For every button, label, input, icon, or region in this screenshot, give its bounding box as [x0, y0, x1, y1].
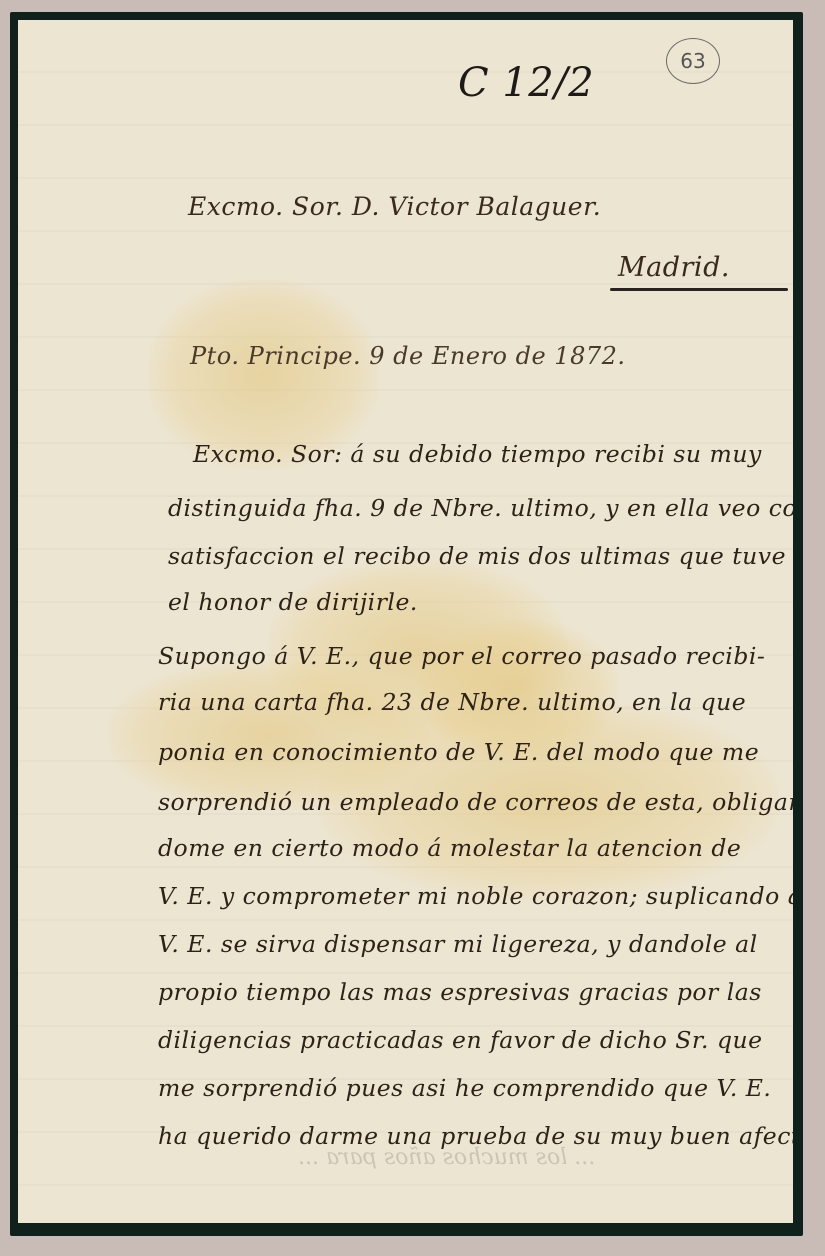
reference-mark: C 12/2 — [458, 60, 594, 106]
body-line: sorprendió un empleado de correos de est… — [158, 788, 793, 816]
body-line: propio tiempo las mas espresivas gracias… — [158, 978, 762, 1006]
mourning-border: ... los muchos años para ... C 12/2 63 E… — [10, 12, 803, 1236]
body-line: V. E. se sirva dispensar mi ligereza, y … — [158, 930, 758, 958]
body-line: Supongo á V. E., que por el correo pasad… — [158, 642, 765, 670]
body-line: Excmo. Sor: á su debido tiempo recibi su… — [193, 440, 762, 468]
city-underline — [610, 288, 788, 291]
body-line: distinguida fha. 9 de Nbre. ultimo, y en… — [168, 494, 793, 522]
body-line: ria una carta fha. 23 de Nbre. ultimo, e… — [158, 688, 746, 716]
body-line: ha querido darme una prueba de su muy bu… — [158, 1122, 793, 1150]
body-line: me sorprendió pues asi he comprendido qu… — [158, 1074, 771, 1102]
dateline: Pto. Principe. 9 de Enero de 1872. — [190, 342, 626, 370]
letter-paper: ... los muchos años para ... C 12/2 63 E… — [18, 20, 793, 1223]
body-line: el honor de dirijirle. — [168, 588, 418, 616]
body-line: satisfaccion el recibo de mis dos ultima… — [168, 542, 786, 570]
archive-number-stamp: 63 — [666, 38, 720, 84]
body-line: ponia en conocimiento de V. E. del modo … — [158, 738, 759, 766]
body-line: dome en cierto modo á molestar la atenci… — [158, 834, 741, 862]
city: Madrid. — [618, 252, 730, 283]
addressee: Excmo. Sor. D. Victor Balaguer. — [188, 192, 601, 221]
body-line: diligencias practicadas en favor de dich… — [158, 1026, 763, 1054]
body-line: V. E. y comprometer mi noble corazon; su… — [158, 882, 793, 910]
